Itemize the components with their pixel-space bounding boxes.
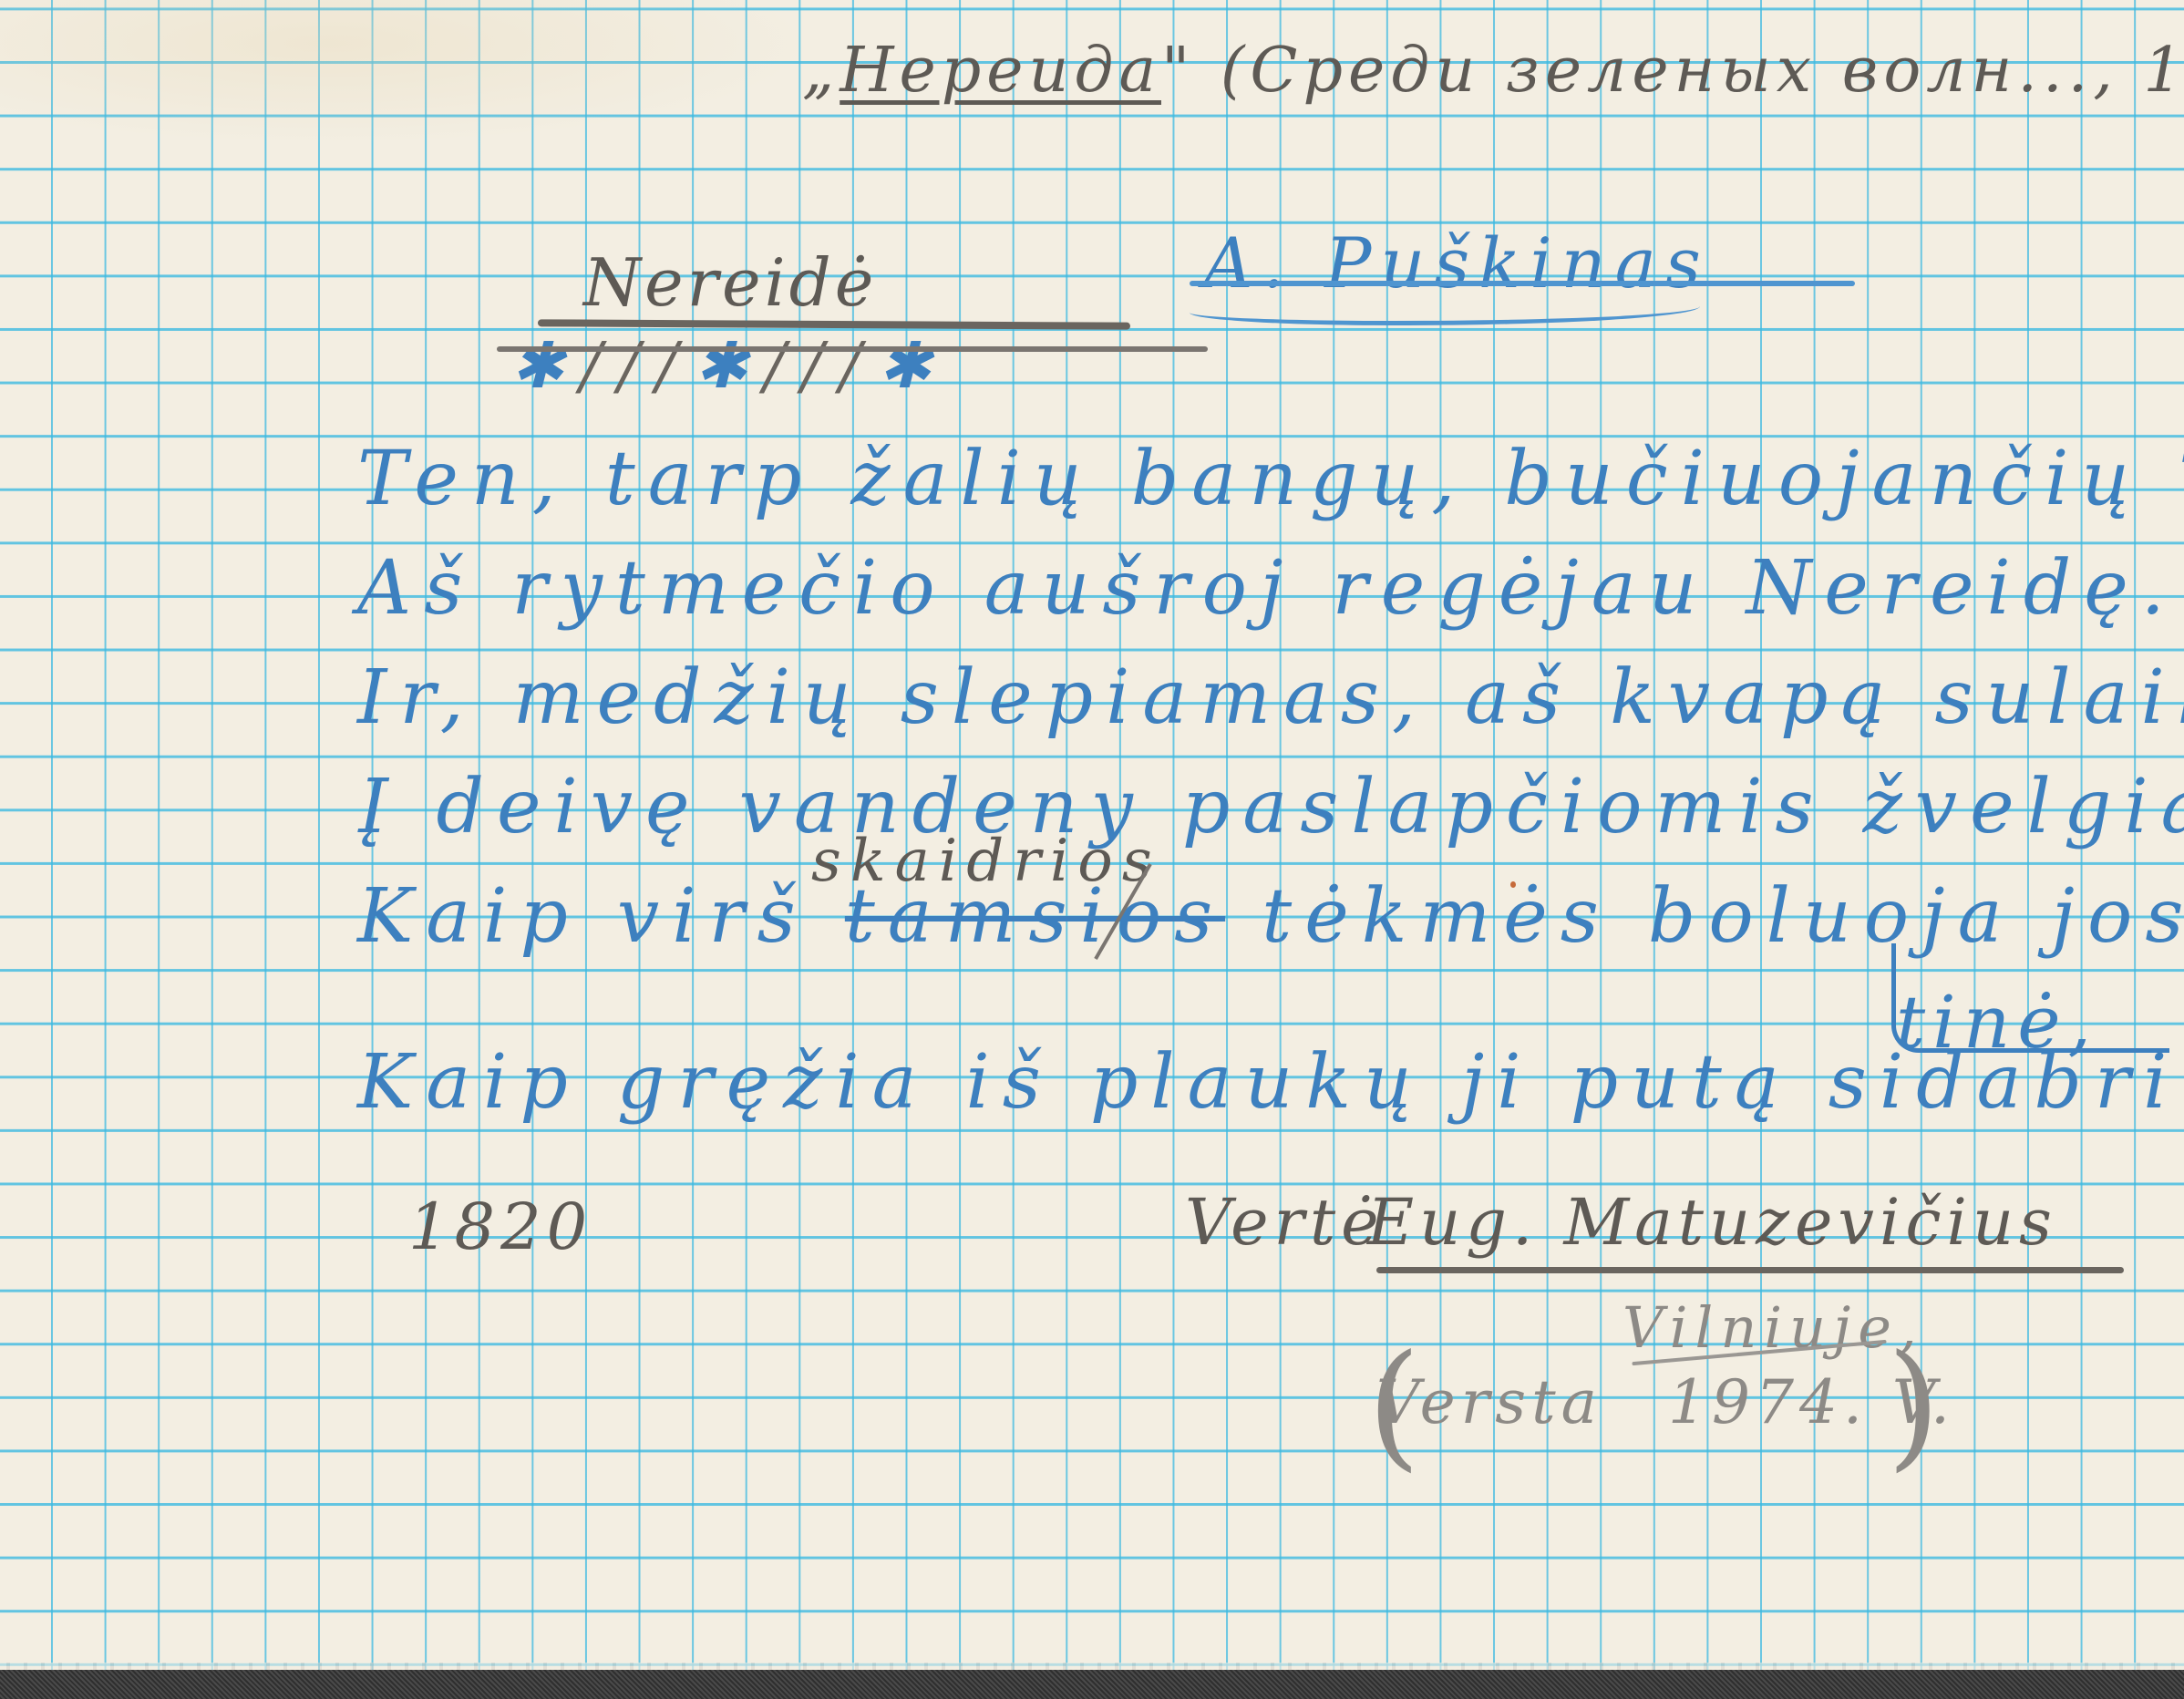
poem-year: 1820 [408,1189,592,1264]
ornament-strikethrough [497,346,1208,352]
graph-paper-sheet: „Нереида" (Среди зеленых волн..., 1820) … [0,0,2184,1670]
right-parenthesis: ) [1887,1326,1941,1485]
signature-underline [1376,1267,2124,1273]
translation-note: Versta [1376,1367,1602,1437]
strike-mark: ∕∕∕ [764,328,878,403]
author-underline [1190,281,1855,286]
poem-line-1: Ten, tarp žalių bangų, bučiuojančių Taur… [357,436,2184,522]
inserted-correction: skaidrios [811,828,1161,895]
poem-title: Nereidė [583,244,877,321]
author-wavy-underline [1190,293,1700,325]
author-name: A. Puškinas [1203,222,1710,304]
poem-line-2: Aš rytmečio aušroj regėjau Nereidę. [357,545,2178,632]
struck-ornament: ✱∕∕∕✱∕∕∕✱ [510,328,948,403]
poem-line-6: Kaip gręžia iš plaukų ji putą sidabrinę.… [357,1039,2184,1126]
poem-line-5-start: Kaip virš [357,873,809,960]
original-first-line: (Среди зеленых волн..., 1820) [1221,35,2184,107]
translator-signature: Eug. Matuzevičius [1367,1185,2057,1260]
asterisk-icon: ✱ [510,328,581,403]
close-quote: " [1161,35,1195,107]
translator-label: Vertė [1185,1185,1385,1260]
original-title: Нереида [840,35,1161,107]
asterisk-icon: ✱ [694,328,764,403]
poem-line-4: Į deivę vandeny paslapčiomis žvelgiau, [357,764,2184,850]
torn-edge-background [0,1670,2184,1699]
original-reference: „Нереида" (Среди зеленых волн..., 1820) [802,35,2184,107]
strike-mark: ∕∕∕ [581,328,695,403]
asterisk-icon: ✱ [878,328,948,403]
poem-line-3: Ir, medžių slepiamas, aš kvapą sulaikiau… [357,654,2184,741]
paper-stain [0,0,820,146]
open-quote: „ [802,35,840,107]
ink-speck [1510,881,1516,888]
